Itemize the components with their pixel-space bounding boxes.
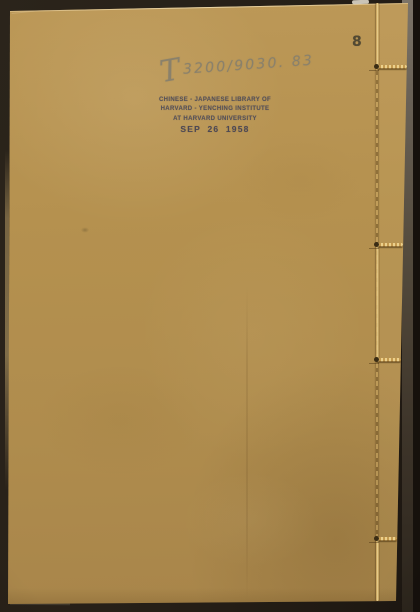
binding-stitch-3 bbox=[377, 358, 401, 362]
binding-thread-segment-top bbox=[376, 3, 379, 67]
background-right-margin bbox=[413, 0, 420, 612]
book-cover: T3200/9030. 83 CHINESE - JAPANESE LIBRAR… bbox=[0, 0, 420, 612]
book-cover-photo: T3200/9030. 83 CHINESE - JAPANESE LIBRAR… bbox=[0, 0, 420, 612]
stamp-line-2: HARVARD - YENCHING INSTITUTE bbox=[159, 105, 271, 114]
call-number: T3200/9030. 83 bbox=[159, 47, 315, 88]
binding-stitch-1 bbox=[377, 65, 407, 69]
binding-thread-segment-bottom bbox=[376, 539, 379, 601]
call-number-prefix: T bbox=[158, 55, 183, 88]
binding-stitch-2 bbox=[377, 243, 403, 247]
stamp-line-3: AT HARVARD UNIVERSITY bbox=[159, 115, 271, 124]
call-number-value: 3200/9030. 83 bbox=[183, 53, 315, 78]
page-edge-left bbox=[5, 150, 9, 490]
cover-crease-middle bbox=[246, 285, 248, 601]
binding-stitch-4 bbox=[377, 537, 397, 541]
cover-crease-topleft bbox=[12, 6, 81, 22]
date-stamp: SEP 26 1958 bbox=[159, 124, 271, 135]
stamp-line-1: CHINESE - JAPANESE LIBRARY OF bbox=[159, 96, 271, 105]
cover-top-edge bbox=[10, 2, 409, 12]
volume-number-stamp: 8 bbox=[352, 34, 362, 50]
cover-bottom-shade bbox=[0, 588, 420, 606]
binding-thread-segment-middle bbox=[376, 245, 379, 360]
paper-sliver-top bbox=[352, 0, 369, 4]
library-stamp: CHINESE - JAPANESE LIBRARY OF HARVARD - … bbox=[159, 96, 271, 135]
